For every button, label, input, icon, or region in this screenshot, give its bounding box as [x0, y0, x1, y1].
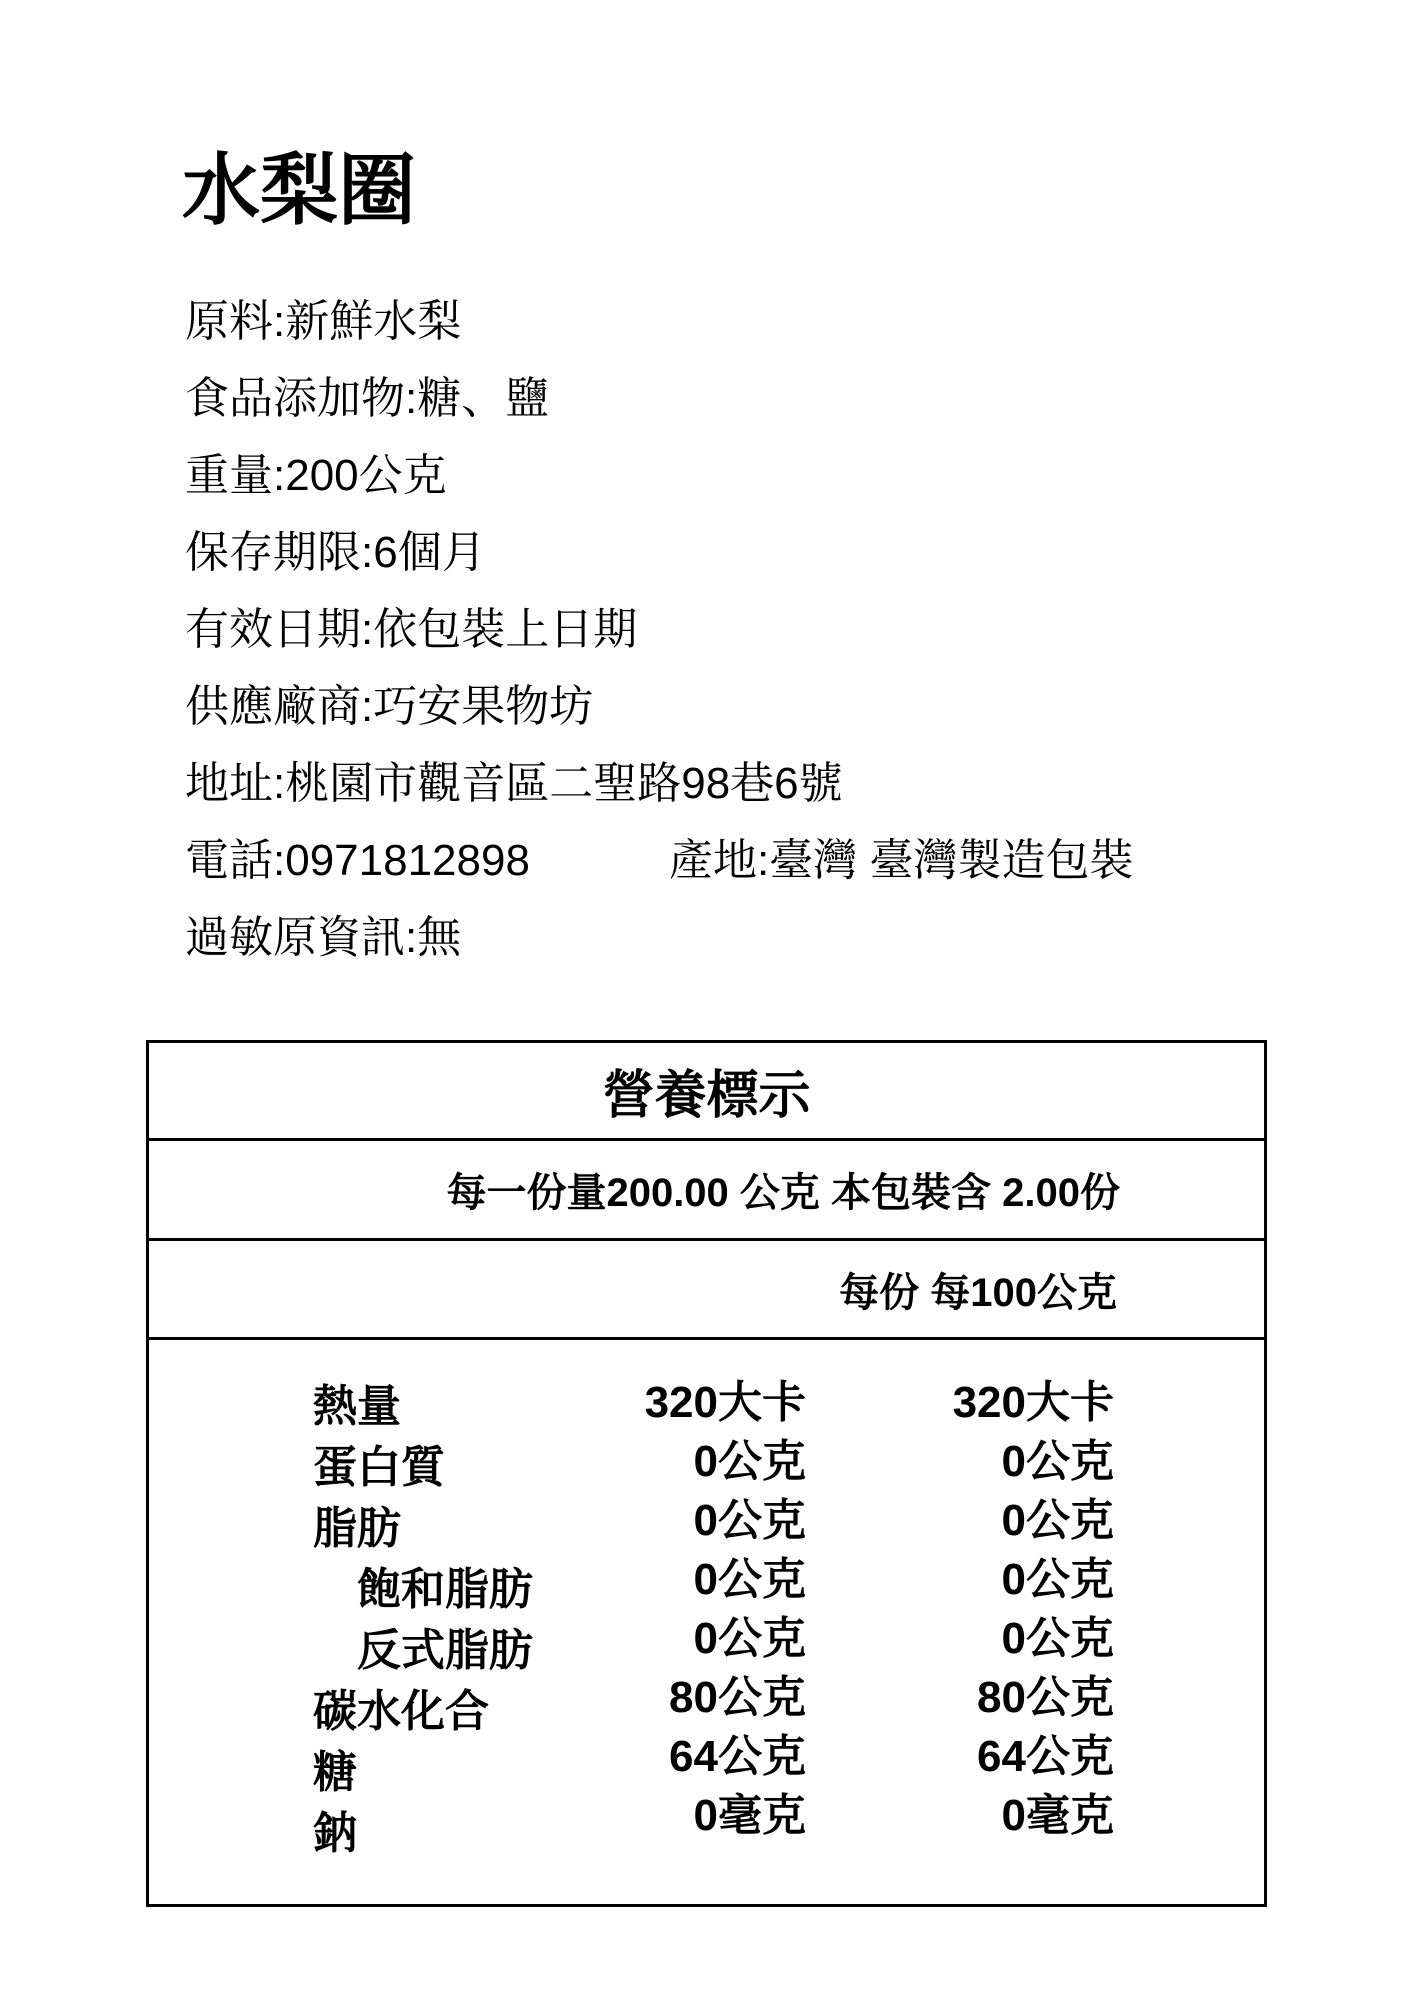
per-100g-carbohydrate: 80公克: [149, 1668, 1114, 1727]
per-100g-column: 320大卡 0公克 0公克 0公克 0公克 80公克 64公克 0毫克: [149, 1373, 1114, 1845]
serving-size-text: 每一份量200.00 公克 本包裝含 2.00份: [446, 1161, 1120, 1218]
per-100g-sodium: 0毫克: [149, 1786, 1114, 1845]
origin-line: 產地:臺灣 臺灣製造包裝: [669, 834, 1133, 888]
phone-line: 電話:0971812898: [185, 836, 530, 885]
phone-origin-line: 電話:0971812898 產地:臺灣 臺灣製造包裝: [185, 834, 1414, 888]
per-100g-sugar: 64公克: [149, 1727, 1114, 1786]
per-100g-protein: 0公克: [149, 1432, 1114, 1491]
weight-line: 重量:200公克: [185, 449, 447, 503]
per-100g-saturated-fat: 0公克: [149, 1550, 1114, 1609]
allergen-line: 過敏原資訊:無: [185, 911, 461, 965]
expiry-date-line: 有效日期:依包裝上日期: [185, 603, 637, 657]
nutrition-table: 營養標示 每一份量200.00 公克 本包裝含 2.00份 每份 每100公克 …: [146, 1040, 1267, 1907]
per-100g-trans-fat: 0公克: [149, 1609, 1114, 1668]
shelf-life-line: 保存期限:6個月: [185, 526, 486, 580]
serving-size-row: 每一份量200.00 公克 本包裝含 2.00份: [149, 1141, 1264, 1241]
per-100g-fat: 0公克: [149, 1491, 1114, 1550]
additives-line: 食品添加物:糖、鹽: [185, 372, 549, 426]
product-name: 水梨圈: [182, 148, 416, 234]
product-label-page: 水梨圈 原料:新鮮水梨 食品添加物:糖、鹽 重量:200公克 保存期限:6個月 …: [0, 0, 1414, 2000]
column-header-row: 每份 每100公克: [149, 1241, 1264, 1340]
supplier-line: 供應廠商:巧安果物坊: [185, 680, 593, 734]
nutrition-table-title-row: 營養標示: [149, 1043, 1264, 1141]
column-header-text: 每份 每100公克: [839, 1261, 1117, 1318]
per-100g-calories: 320大卡: [149, 1373, 1114, 1432]
address-line: 地址:桃園市觀音區二聖路98巷6號: [185, 757, 843, 811]
nutrition-title: 營養標示: [602, 1053, 810, 1128]
ingredients-line: 原料:新鮮水梨: [185, 295, 461, 349]
nutrition-table-body: 熱量 蛋白質 脂肪 飽和脂肪 反式脂肪 碳水化合 糖 鈉 320大卡 0公克 0…: [149, 1340, 1264, 1904]
